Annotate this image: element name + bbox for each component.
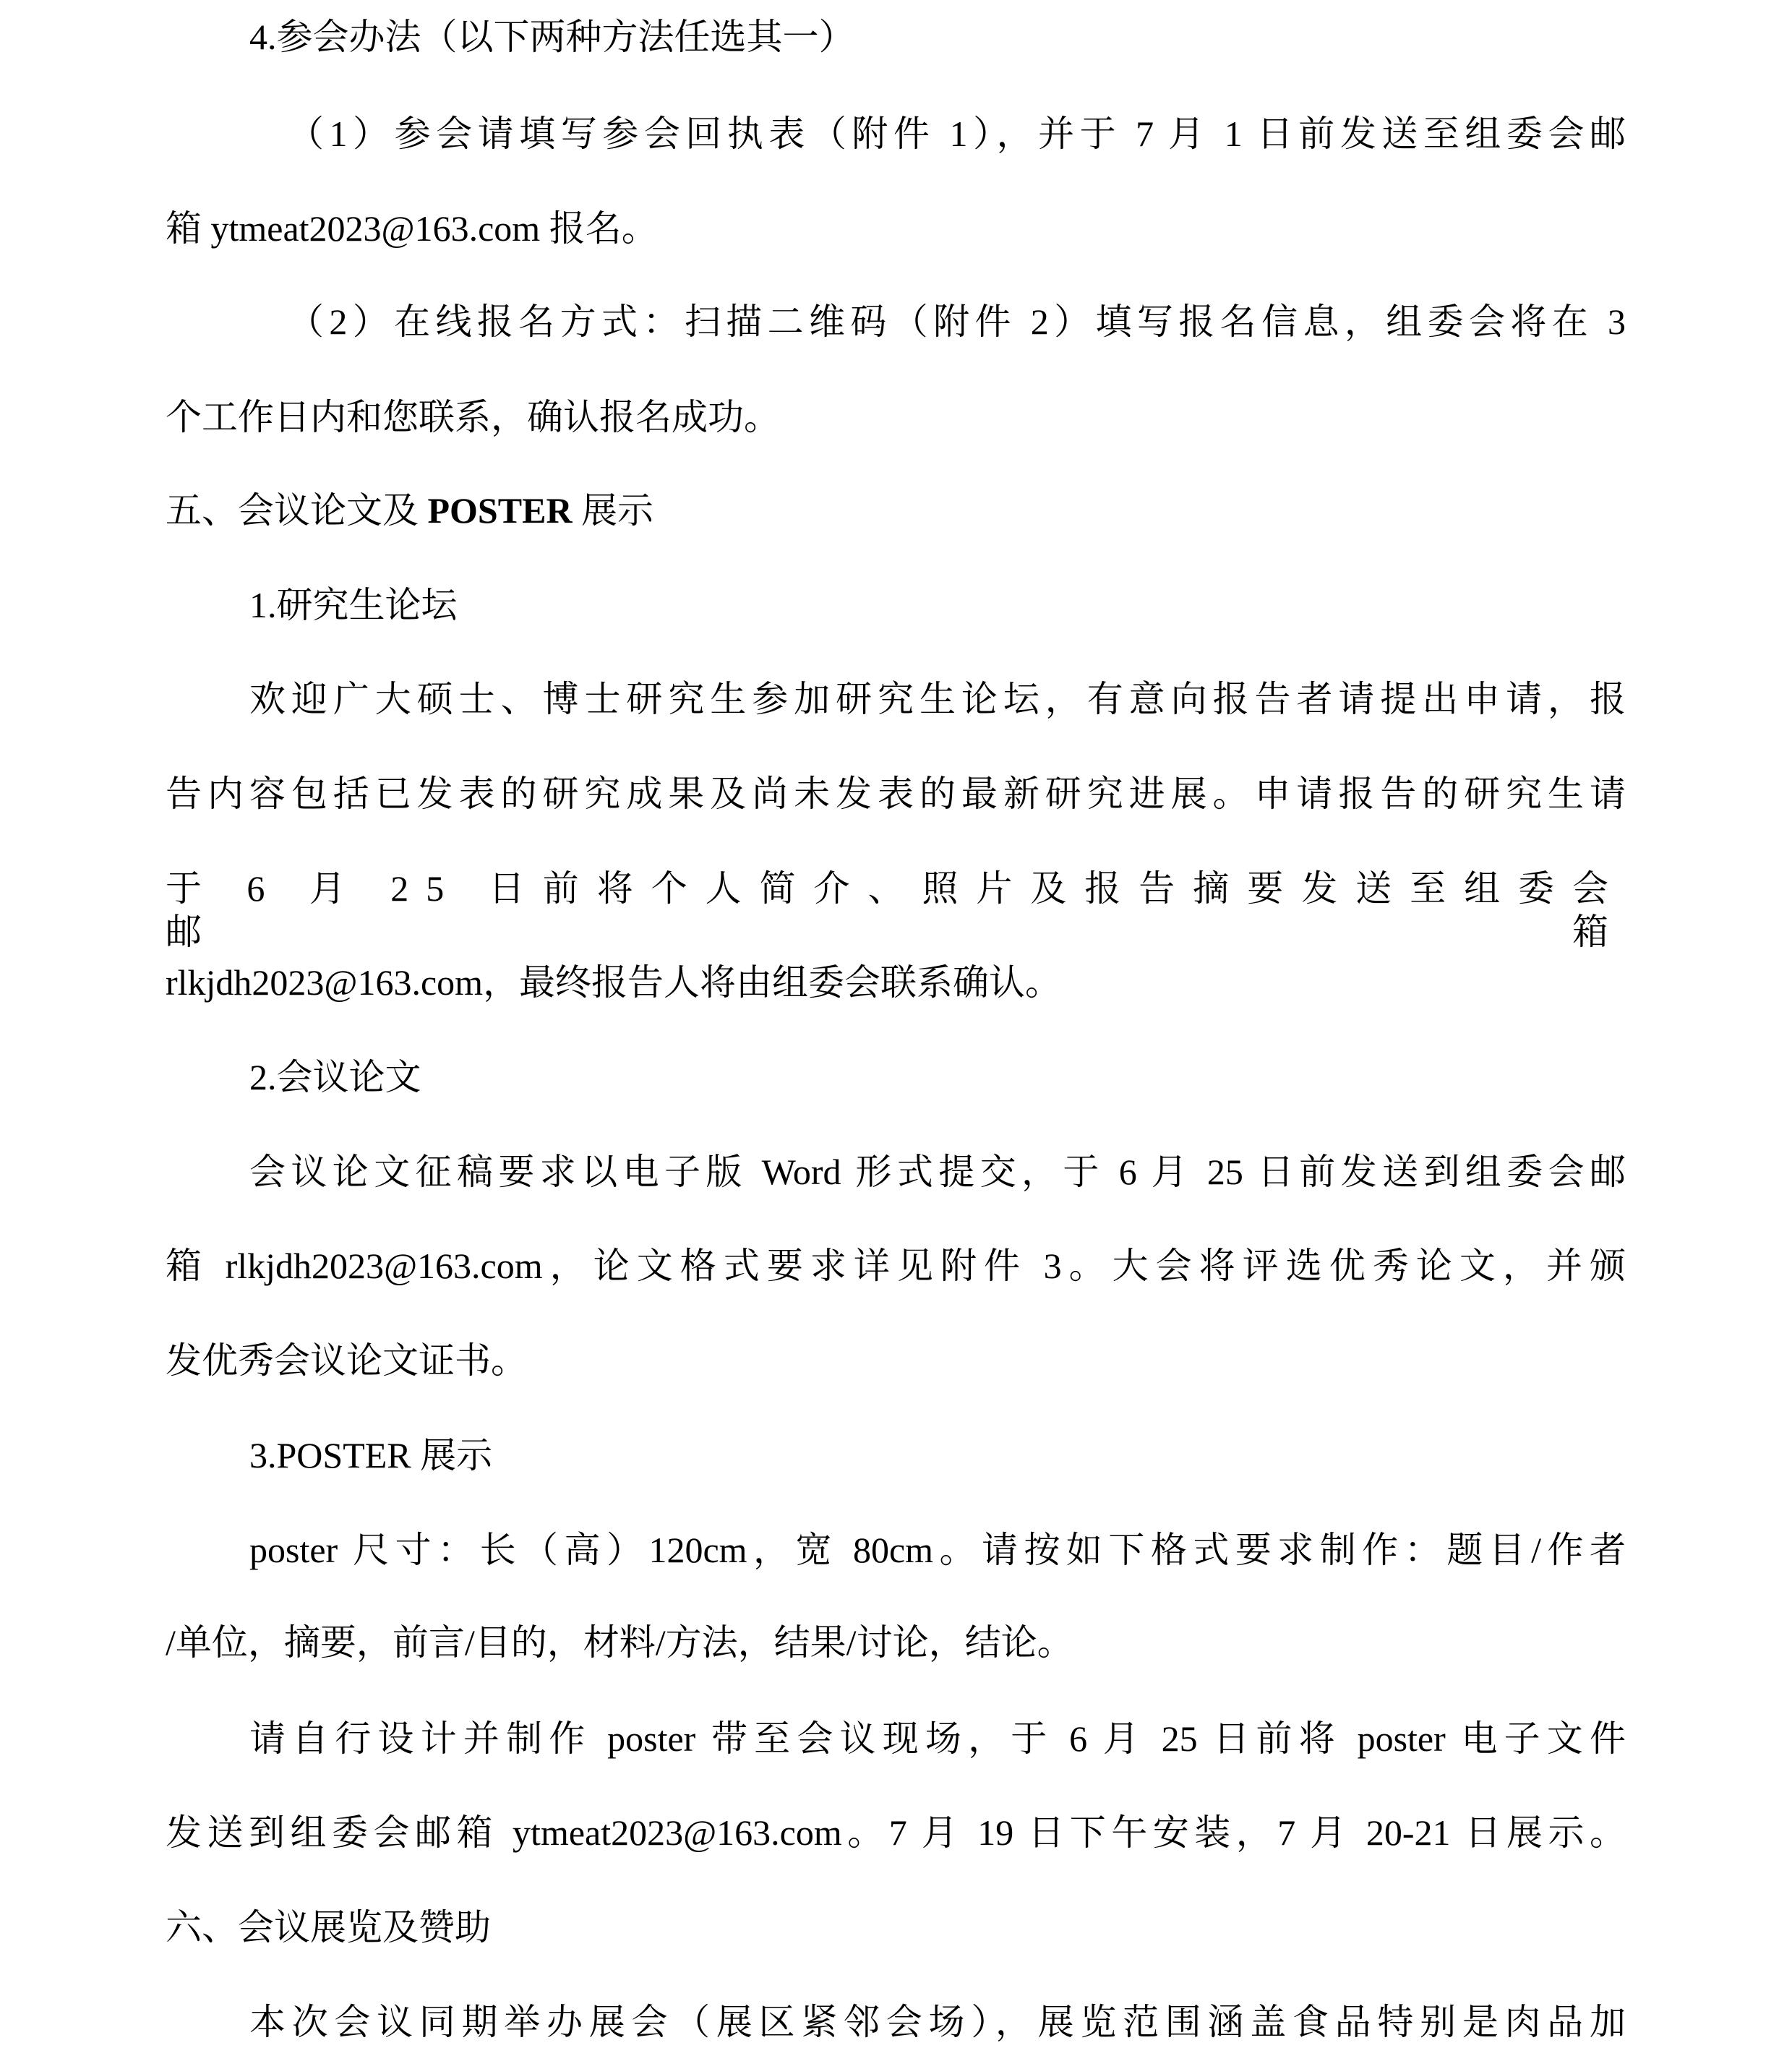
subsection-grad-forum: 1.研究生论坛 xyxy=(249,583,1626,627)
subsection-papers: 2.会议论文 xyxy=(249,1055,1626,1099)
papers-text-3: 发优秀会议论文证书。 xyxy=(166,1339,1626,1382)
poster-text-4: 发送到组委会邮箱 ytmeat2023@163.com。7 月 19 日下午安装… xyxy=(166,1811,1626,1854)
poster-text-2: /单位，摘要，前言/目的，材料/方法，结果/讨论，结论。 xyxy=(166,1621,1626,1664)
method-1-text-cont: 箱 ytmeat2023@163.com 报名。 xyxy=(166,207,1626,250)
subsection-poster: 3.POSTER 展示 xyxy=(249,1434,1626,1477)
poster-text-1: poster 尺寸：长（高）120cm，宽 80cm。请按如下格式要求制作：题目… xyxy=(249,1528,1626,1572)
grad-forum-text-4: rlkjdh2023@163.com，最终报告人将由组委会联系确认。 xyxy=(166,961,1626,1004)
exhibition-text-1: 本次会议同期举办展会（展区紧邻会场），展览范围涵盖食品特别是肉品加 xyxy=(249,2000,1626,2044)
grad-forum-text-1: 欢迎广大硕士、博士研究生参加研究生论坛，有意向报告者请提出申请，报 xyxy=(249,677,1626,721)
method-2-text-cont: 个工作日内和您联系，确认报名成功。 xyxy=(166,395,1626,439)
method-2-text: （2）在线报名方式：扫描二维码（附件 2）填写报名信息，组委会将在 3 xyxy=(288,300,1626,343)
section-5-heading-post: 展示 xyxy=(573,490,654,531)
section-5-heading-pre: 五、会议论文及 xyxy=(166,490,428,531)
item-4-registration-method: 4.参会办法（以下两种方法任选其一） xyxy=(249,15,1626,59)
grad-forum-text-3: 于 6 月 25 日前将个人简介、照片及报告摘要发送至组委会邮箱 xyxy=(166,867,1626,954)
section-5-heading-bold: POSTER xyxy=(428,490,573,531)
method-1-text: （1）参会请填写参会回执表（附件 1），并于 7 月 1 日前发送至组委会邮 xyxy=(288,112,1626,155)
poster-text-3: 请自行设计并制作 poster 带至会议现场，于 6 月 25 日前将 post… xyxy=(249,1717,1626,1760)
section-6-heading: 六、会议展览及赞助 xyxy=(166,1906,1626,1949)
grad-forum-text-2: 告内容包括已发表的研究成果及尚未发表的最新研究进展。申请报告的研究生请 xyxy=(166,772,1626,815)
section-5-heading: 五、会议论文及 POSTER 展示 xyxy=(166,489,1626,532)
papers-text-2: 箱 rlkjdh2023@163.com，论文格式要求详见附件 3。大会将评选优… xyxy=(166,1244,1626,1288)
papers-text-1: 会议论文征稿要求以电子版 Word 形式提交，于 6 月 25 日前发送到组委会… xyxy=(249,1150,1626,1194)
